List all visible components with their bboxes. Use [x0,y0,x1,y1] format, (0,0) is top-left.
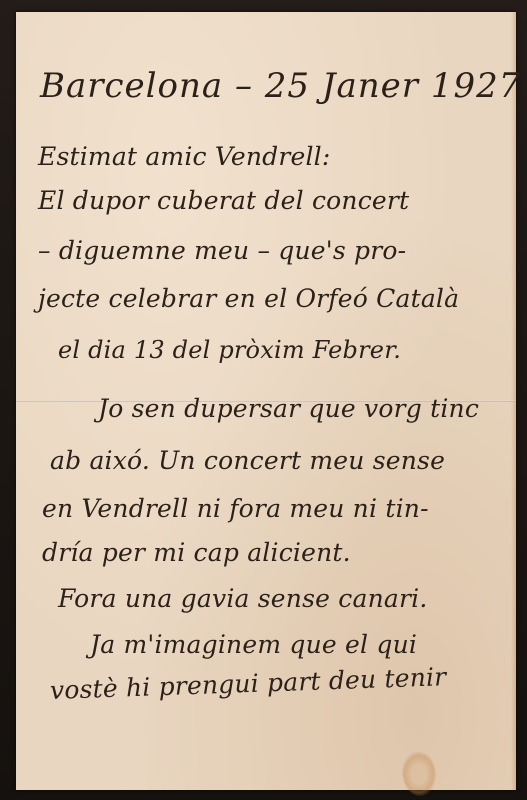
letter-line-6: ab aixó. Un concert meu sense [50,446,445,475]
letter-line-3: jecte celebrar en el Orfeó Català [38,284,459,313]
letter-line-4: el dia 13 del pròxim Febrer. [58,336,401,364]
letter-line-10: Ja m'imaginem que el qui [90,630,417,659]
foxing-stain [402,752,436,796]
greeting: Estimat amic Vendrell: [38,142,331,171]
letter-line-5: Jo sen dupersar que vorg tinc [98,394,479,423]
letter-line-8: dría per mi cap alicient. [42,538,351,567]
letter-line-2: – diguemne meu – que's pro- [38,236,406,265]
dateline: Barcelona – 25 Janer 1927 [40,66,521,106]
letter-line-7: en Vendrell ni fora meu ni tin- [42,494,429,523]
letter-line-1: El dupor cuberat del concert [38,186,409,215]
letter-line-9: Fora una gavia sense canari. [58,584,427,613]
